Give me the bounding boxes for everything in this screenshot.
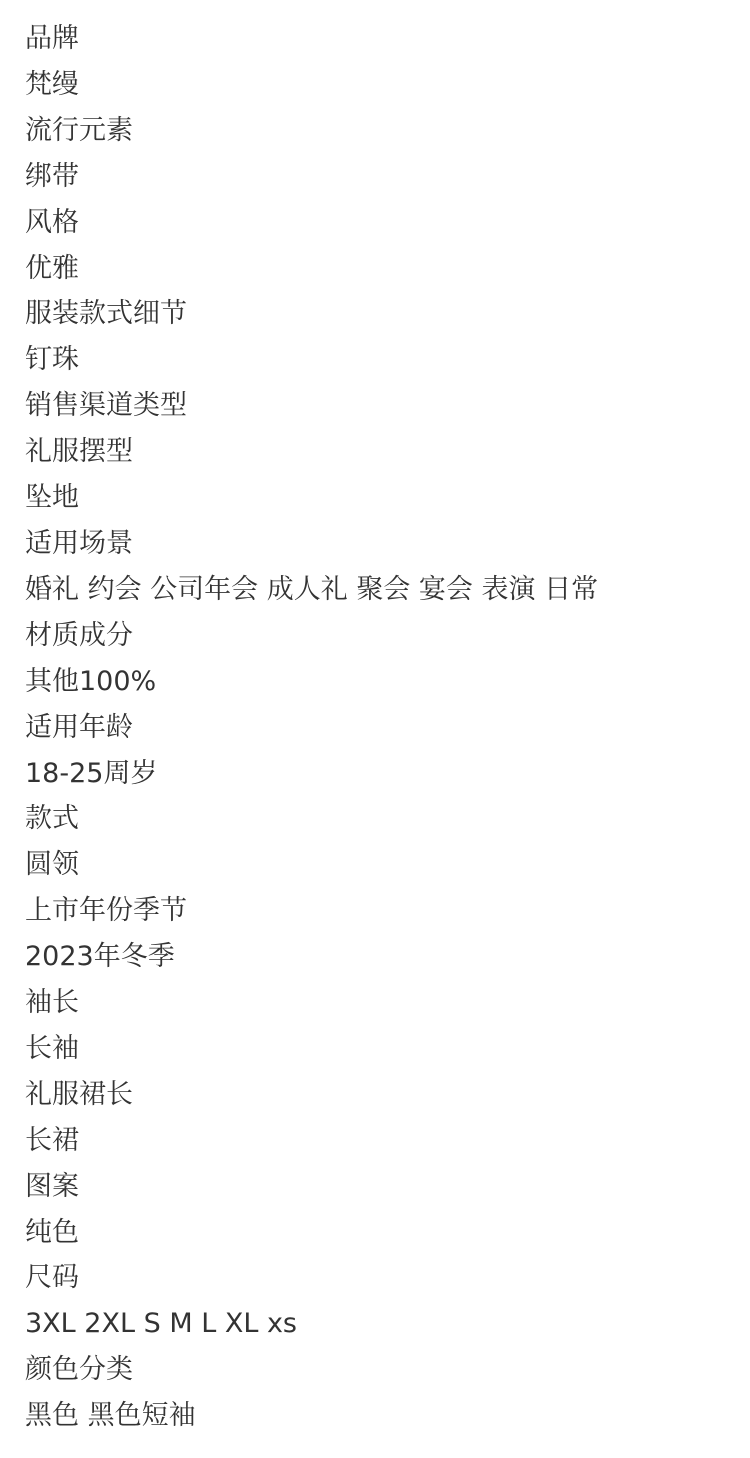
spec-value-material: 其他100% <box>25 659 750 705</box>
spec-value-release-season: 2023年冬季 <box>25 934 750 980</box>
spec-value-size: 3XL 2XL S M L XL xs <box>25 1301 750 1347</box>
spec-label-sales-channel: 销售渠道类型 <box>25 383 750 429</box>
spec-label-occasion: 适用场景 <box>25 521 750 567</box>
spec-label-material: 材质成分 <box>25 613 750 659</box>
spec-label-size: 尺码 <box>25 1255 750 1301</box>
spec-value-style: 优雅 <box>25 246 750 292</box>
spec-value-age: 18-25周岁 <box>25 751 750 797</box>
spec-label-garment-detail: 服装款式细节 <box>25 291 750 337</box>
product-spec-list: 品牌 梵缦 流行元素 绑带 风格 优雅 服装款式细节 钉珠 销售渠道类型 礼服摆… <box>0 0 750 1439</box>
spec-label-hem-type: 礼服摆型 <box>25 429 750 475</box>
spec-value-garment-detail: 钉珠 <box>25 337 750 383</box>
spec-label-brand: 品牌 <box>25 16 750 62</box>
spec-value-design: 圆领 <box>25 842 750 888</box>
spec-label-release-season: 上市年份季节 <box>25 888 750 934</box>
spec-value-pattern: 纯色 <box>25 1210 750 1256</box>
spec-value-occasion: 婚礼 约会 公司年会 成人礼 聚会 宴会 表演 日常 <box>25 567 750 613</box>
spec-label-dress-length: 礼服裙长 <box>25 1072 750 1118</box>
spec-value-brand: 梵缦 <box>25 62 750 108</box>
spec-label-style: 风格 <box>25 200 750 246</box>
spec-value-hem-type: 坠地 <box>25 475 750 521</box>
spec-value-dress-length: 长裙 <box>25 1118 750 1164</box>
spec-label-design: 款式 <box>25 796 750 842</box>
spec-label-color: 颜色分类 <box>25 1347 750 1393</box>
spec-label-trend-element: 流行元素 <box>25 108 750 154</box>
spec-label-age: 适用年龄 <box>25 705 750 751</box>
spec-value-color: 黑色 黑色短袖 <box>25 1393 750 1439</box>
spec-value-trend-element: 绑带 <box>25 154 750 200</box>
spec-label-sleeve-length: 袖长 <box>25 980 750 1026</box>
spec-label-pattern: 图案 <box>25 1164 750 1210</box>
spec-value-sleeve-length: 长袖 <box>25 1026 750 1072</box>
